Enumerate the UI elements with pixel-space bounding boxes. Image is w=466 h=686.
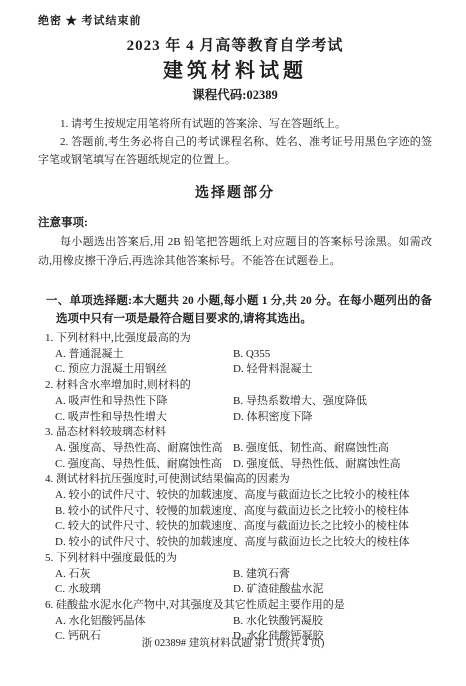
option: B. 强度低、韧性高、耐腐蚀性高 [233,441,432,457]
question-stem: 6. 硅酸盐水泥水化产物中,对其强度及其它性质起主要作用的是 [45,598,432,614]
option: B. 导热系数增大、强度降低 [233,394,432,410]
question: 3. 晶态材料较玻璃态材料A. 强度高、导热性高、耐腐蚀性高B. 强度低、韧性高… [45,425,432,472]
option: A. 普通混凝土 [55,347,233,363]
instruction-item: 2. 答题前,考生务必将自己的考试课程名称、姓名、准考证号用黑色字迹的签字笔或钢… [38,133,432,169]
option: C. 水玻璃 [55,582,233,598]
section-heading: 选择题部分 [38,184,432,204]
option-list: A. 石灰B. 建筑石膏C. 水玻璃D. 矿渣硅酸盐水泥 [55,567,432,598]
page-footer: 浙 02389# 建筑材料试题 第 1 页(共 4 页) [0,637,466,651]
notice-text: 每小题选出答案后,用 2B 铅笔把答题纸上对应题目的答案标号涂黑。如需改动,用橡… [38,233,432,271]
general-instructions: 1. 请考生按规定用笔将所有试题的答案涂、写在答题纸上。 2. 答题前,考生务必… [38,115,432,169]
question: 2. 材料含水率增加时,则材料的A. 吸声性和导热性下降B. 导热系数增大、强度… [45,378,432,425]
option: C. 较大的试件尺寸、较快的加载速度、高度与截面边长之比较小的棱柱体 [55,519,432,535]
question-stem: 3. 晶态材料较玻璃态材料 [45,425,432,441]
option: B. 建筑石膏 [233,567,432,583]
option: C. 预应力混凝土用钢丝 [55,362,233,378]
option: D. 较小的试件尺寸、较快的加载速度、高度与截面边长之比较大的棱柱体 [55,535,432,551]
option: A. 石灰 [55,567,233,583]
question-stem: 4. 测试材料抗压强度时,可使测试结果偏高的因素为 [45,472,432,488]
option: D. 强度低、导热性低、耐腐蚀性高 [233,457,432,473]
option-list: A. 强度高、导热性高、耐腐蚀性高B. 强度低、韧性高、耐腐蚀性高C. 强度高、… [55,441,432,472]
question: 1. 下列材料中,比强度最高的为A. 普通混凝土B. Q355C. 预应力混凝土… [45,331,432,378]
option: D. 矿渣硅酸盐水泥 [233,582,432,598]
notice-label: 注意事项: [38,215,432,231]
option: D. 体积密度下降 [233,410,432,426]
course-code: 课程代码:02389 [38,87,432,103]
question-stem: 2. 材料含水率增加时,则材料的 [45,378,432,394]
option-list: A. 吸声性和导热性下降B. 导热系数增大、强度降低C. 吸声性和导热性增大D.… [55,394,432,425]
question-stem: 1. 下列材料中,比强度最高的为 [45,331,432,347]
option: B. 较小的试件尺寸、较慢的加载速度、高度与截面边长之比较小的棱柱体 [55,504,432,520]
question: 5. 下列材料中强度最低的为A. 石灰B. 建筑石膏C. 水玻璃D. 矿渣硅酸盐… [45,551,432,598]
exam-session-title: 2023 年 4 月高等教育自学考试 [38,36,432,56]
option: D. 轻骨料混凝土 [233,362,432,378]
option: A. 水化铝酸钙晶体 [55,614,233,630]
exam-paper-page: 绝密 ★ 考试结束前 2023 年 4 月高等教育自学考试 建筑材料试题 课程代… [0,0,466,686]
option: B. Q355 [233,347,432,363]
option: A. 吸声性和导热性下降 [55,394,233,410]
option: C. 吸声性和导热性增大 [55,410,233,426]
part-one-heading: 一、单项选择题:本大题共 20 小题,每小题 1 分,共 20 分。在每小题列出… [46,292,432,328]
exam-subject-title: 建筑材料试题 [38,59,432,83]
option: A. 强度高、导热性高、耐腐蚀性高 [55,441,233,457]
option-list: A. 普通混凝土B. Q355C. 预应力混凝土用钢丝D. 轻骨料混凝土 [55,347,432,378]
option: A. 较小的试件尺寸、较快的加载速度、高度与截面边长之比较小的棱柱体 [55,488,432,504]
question-stem: 5. 下列材料中强度最低的为 [45,551,432,567]
question: 4. 测试材料抗压强度时,可使测试结果偏高的因素为A. 较小的试件尺寸、较快的加… [45,472,432,551]
classification-banner: 绝密 ★ 考试结束前 [38,14,432,28]
option-list: A. 较小的试件尺寸、较快的加载速度、高度与截面边长之比较小的棱柱体B. 较小的… [55,488,432,551]
option: C. 强度高、导热性低、耐腐蚀性高 [55,457,233,473]
question-list: 1. 下列材料中,比强度最高的为A. 普通混凝土B. Q355C. 预应力混凝土… [38,331,432,645]
option: B. 水化铁酸钙凝胶 [233,614,432,630]
instruction-item: 1. 请考生按规定用笔将所有试题的答案涂、写在答题纸上。 [38,115,432,133]
